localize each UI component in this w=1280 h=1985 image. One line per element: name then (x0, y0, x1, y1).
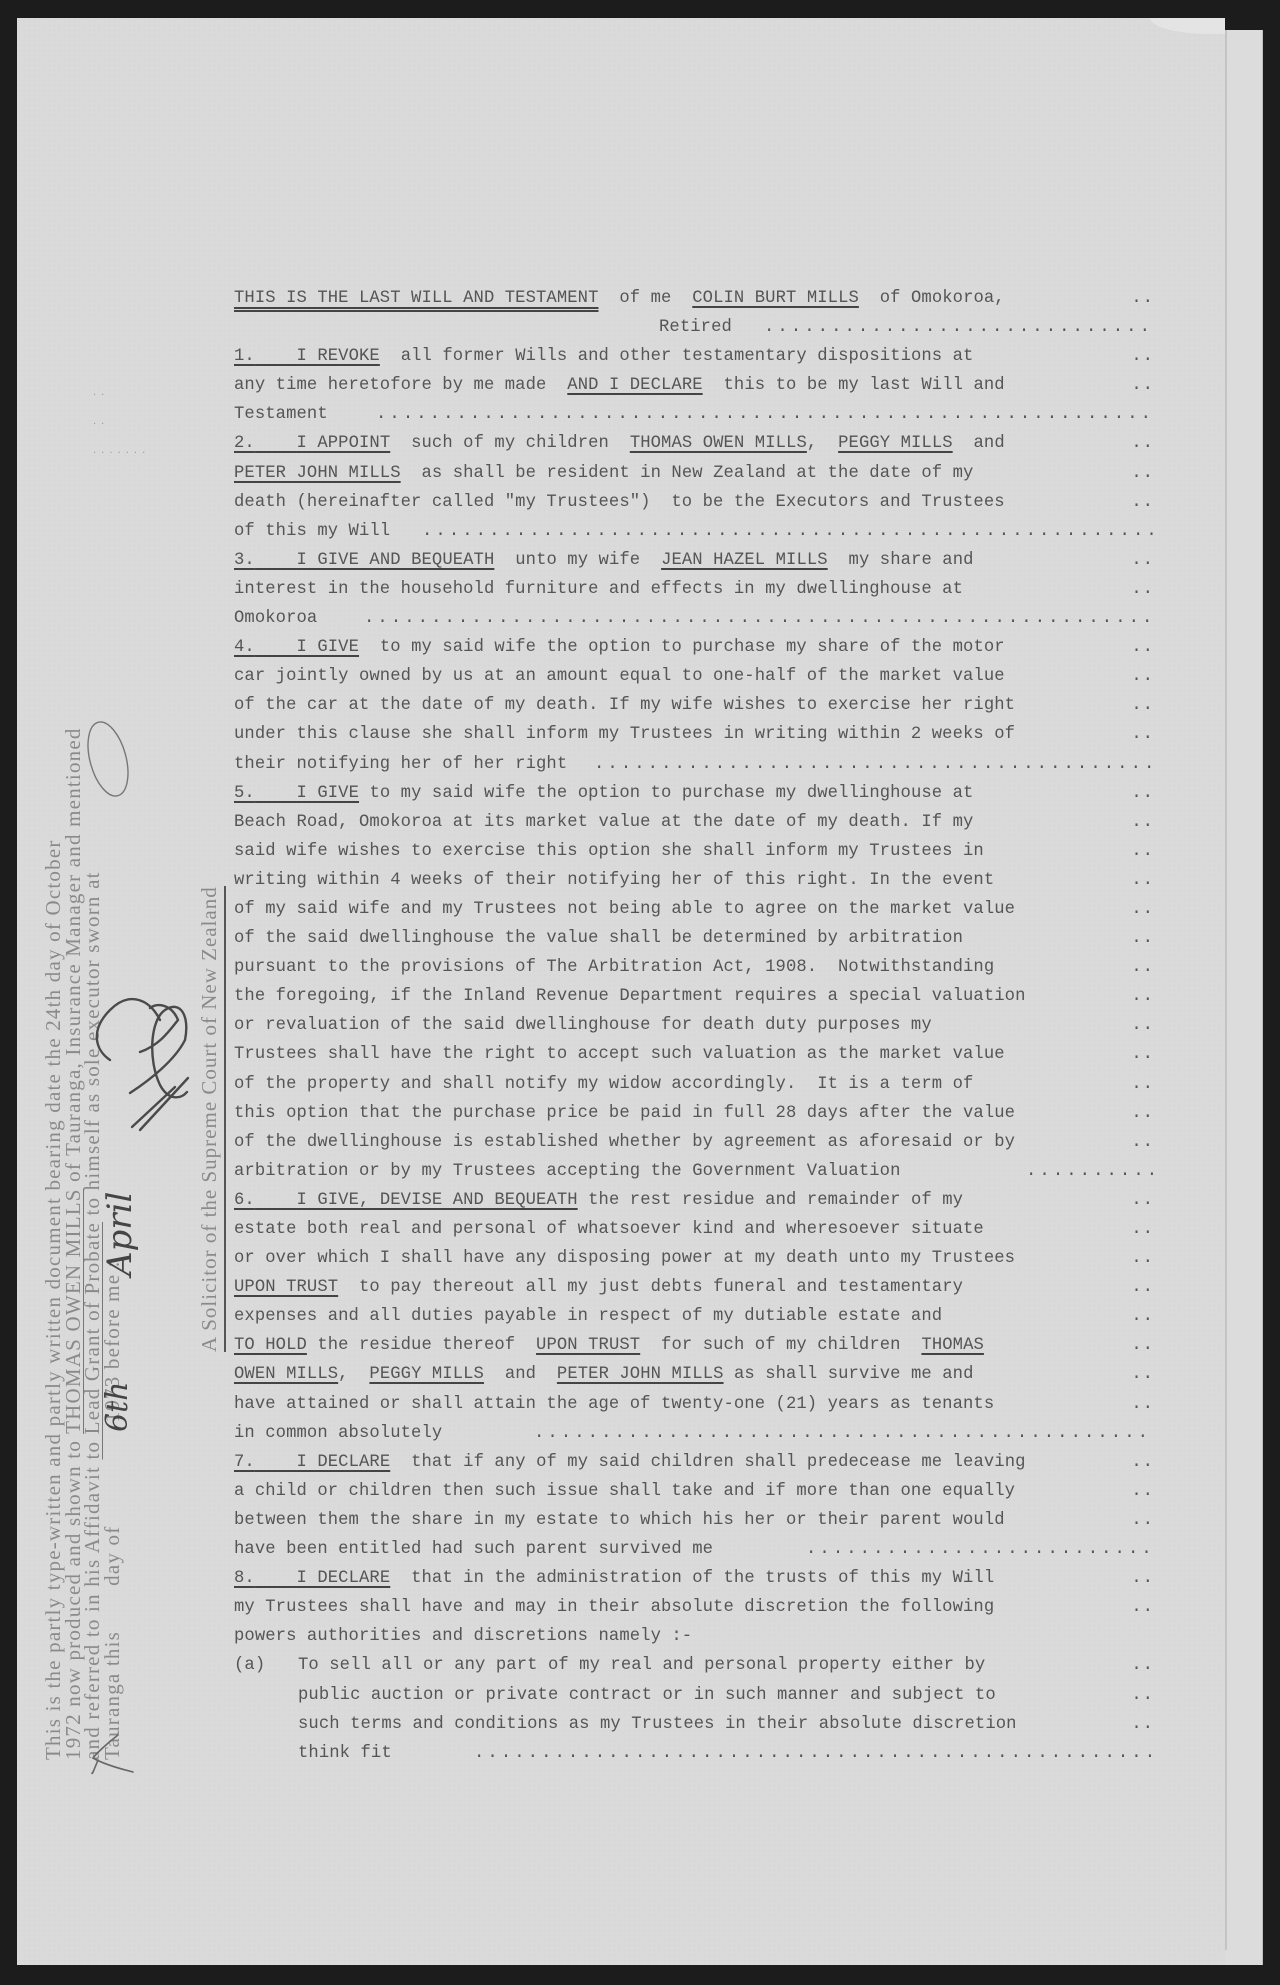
title-line: THIS IS THE LAST WILL AND TESTAMENT of m… (234, 284, 1154, 313)
testator-occupation: Retired (234, 318, 732, 337)
clause-heading: 7. I DECLARE (234, 1453, 390, 1472)
margin-dots: ....... (93, 445, 150, 456)
clause-heading: 3. I GIVE AND BEQUEATH (234, 551, 494, 570)
clause-6: 6. I GIVE, DEVISE AND BEQUEATH the rest … (234, 1186, 1154, 1215)
will-body: THIS IS THE LAST WILL AND TESTAMENT of m… (234, 284, 1154, 1768)
clause-8: 8. I DECLARE that in the administration … (234, 1564, 1154, 1593)
handwritten-month: April (100, 1192, 140, 1276)
clause-heading: 6. I GIVE, DEVISE AND BEQUEATH (234, 1191, 578, 1210)
clause-heading: 2. I APPOINT (234, 434, 390, 453)
testator-name: COLIN BURT MILLS (692, 289, 859, 308)
margin-dots: .. (93, 416, 109, 427)
clause-7: 7. I DECLARE that if any of my said chil… (234, 1448, 1154, 1477)
clause-heading: 1. I REVOKE (234, 347, 380, 366)
subclause-a: (a)To sell all or any part of my real an… (234, 1651, 1154, 1680)
will-title: THIS IS THE LAST WILL AND TESTAMENT (234, 289, 599, 308)
clause-4: 4. I GIVE to my said wife the option to … (234, 633, 1154, 662)
occupation-line: Retired.................................… (234, 313, 1154, 342)
clause-heading: 4. I GIVE (234, 638, 359, 657)
margin-dots: .. (93, 387, 109, 398)
clause-heading: 8. I DECLARE (234, 1569, 390, 1588)
clause-2: 2. I APPOINT such of my children THOMAS … (234, 429, 1154, 458)
clause-heading: 5. I GIVE (234, 784, 359, 803)
page-fold-line (1225, 30, 1227, 1950)
clause-1: 1. I REVOKE all former Wills and other t… (234, 342, 1154, 371)
handwritten-day: 6th (100, 1382, 135, 1432)
clause-3: 3. I GIVE AND BEQUEATH unto my wife JEAN… (234, 546, 1154, 575)
solicitor-caption: A Solicitor of the Supreme Court of New … (197, 886, 226, 1352)
clause-5: 5. I GIVE to my said wife the option to … (234, 779, 1154, 808)
